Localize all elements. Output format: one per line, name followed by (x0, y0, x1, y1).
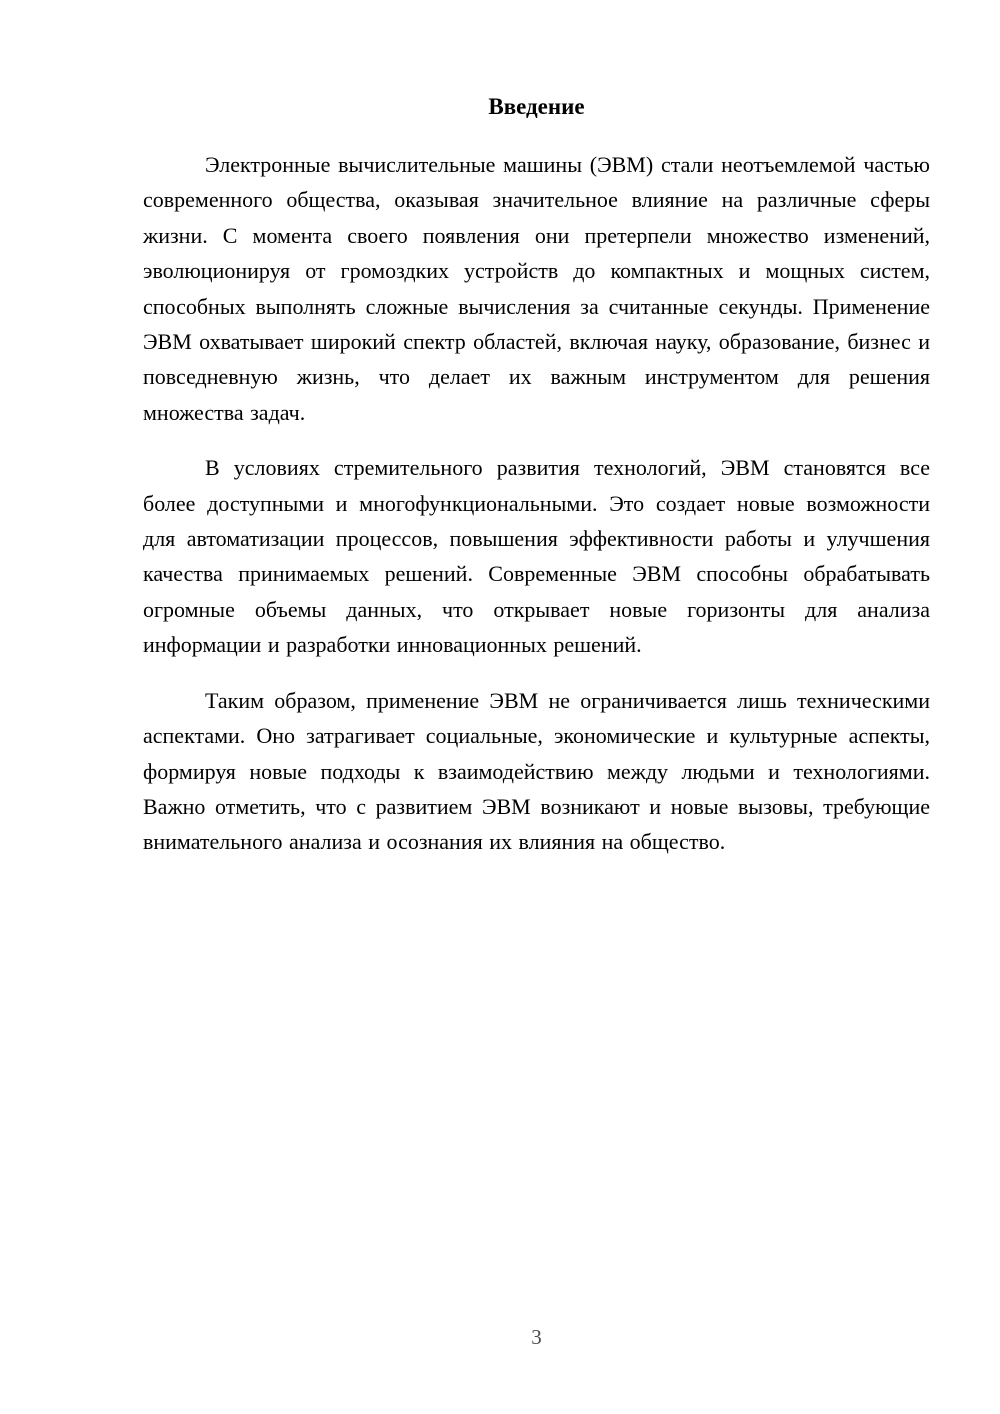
document-page: Введение Электронные вычислительные маши… (0, 0, 1000, 1414)
page-number: 3 (143, 1325, 930, 1350)
paragraph-social-aspects: Таким образом, применение ЭВМ не огранич… (143, 683, 930, 860)
document-title: Введение (143, 93, 930, 121)
paragraph-intro-evm: Электронные вычислительные машины (ЭВМ) … (143, 147, 930, 430)
document-content: Введение Электронные вычислительные маши… (143, 93, 930, 880)
paragraph-technology-development: В условиях стремительного развития техно… (143, 450, 930, 662)
